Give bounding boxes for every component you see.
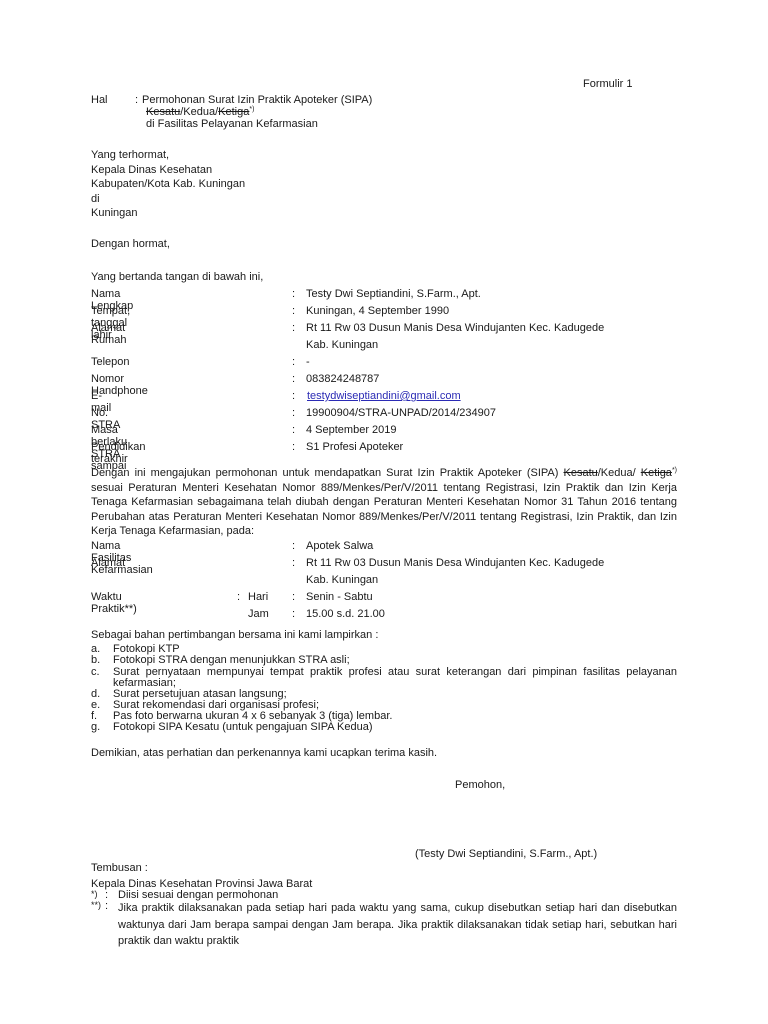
strike-kesatu: Kesatu bbox=[146, 106, 180, 118]
recipient-line: Kepala Dinas Kesehatan bbox=[91, 164, 212, 176]
footnote-colon: : bbox=[105, 900, 108, 912]
request-paragraph: Dengan ini mengajukan permohonan untuk m… bbox=[91, 464, 677, 539]
colon: : bbox=[292, 373, 295, 385]
recipient-line: Kuningan bbox=[91, 207, 138, 219]
field-value: Rt 11 Rw 03 Dusun Manis Desa Windujanten… bbox=[306, 322, 604, 334]
field-label: Pendidikan terakhir bbox=[91, 441, 145, 465]
list-text: Fotokopi SIPA Kesatu (untuk pengajuan SI… bbox=[113, 722, 677, 733]
field-value: 4 September 2019 bbox=[306, 424, 397, 436]
paragraph-text: sesuai Peraturan Menteri Kesehatan Nomor… bbox=[91, 482, 677, 538]
field-label: Telepon bbox=[91, 356, 130, 368]
footnote-text: Jika praktik dilaksanakan pada setiap ha… bbox=[118, 900, 677, 950]
colon: : bbox=[292, 407, 295, 419]
field-value: S1 Profesi Apoteker bbox=[306, 441, 403, 453]
field-value: Apotek Salwa bbox=[306, 540, 373, 552]
field-label: Alamat Rumah bbox=[91, 322, 126, 346]
subject-colon: : bbox=[135, 94, 138, 106]
colon: : bbox=[292, 322, 295, 334]
closing-text: Demikian, atas perhatian dan perkenannya… bbox=[91, 747, 437, 759]
signature-label: Pemohon, bbox=[455, 779, 505, 791]
hour-value: 15.00 s.d. 21.00 bbox=[306, 608, 385, 620]
kedua-text: /Kedua/ bbox=[180, 106, 218, 118]
field-value: Kuningan, 4 September 1990 bbox=[306, 305, 449, 317]
signature-name: (Testy Dwi Septiandini, S.Farm., Apt.) bbox=[415, 848, 597, 860]
colon: : bbox=[237, 591, 240, 603]
colon: : bbox=[292, 390, 295, 402]
subject-line-1: Permohonan Surat Izin Praktik Apoteker (… bbox=[142, 94, 372, 106]
colon: : bbox=[292, 424, 295, 436]
strike-ketiga: Ketiga bbox=[218, 106, 249, 118]
paragraph-text: Dengan ini mengajukan permohonan untuk m… bbox=[91, 467, 564, 479]
colon: : bbox=[292, 591, 295, 603]
footnote-mark: *) bbox=[91, 889, 98, 899]
recipient-line: Kabupaten/Kota Kab. Kuningan bbox=[91, 178, 245, 190]
field-label: Alamat bbox=[91, 557, 125, 569]
day-value: Senin - Sabtu bbox=[306, 591, 373, 603]
subject-label: Hal bbox=[91, 94, 108, 106]
hour-label: Jam bbox=[248, 608, 269, 620]
strike-kesatu: Kesatu bbox=[564, 467, 598, 479]
field-value: Kab. Kuningan bbox=[306, 574, 378, 586]
field-value: Kab. Kuningan bbox=[306, 339, 378, 351]
subject-line-3: di Fasilitas Pelayanan Kefarmasian bbox=[146, 118, 318, 130]
colon: : bbox=[292, 288, 295, 300]
list-text: Fotokopi STRA dengan menunjukkan STRA as… bbox=[113, 655, 677, 666]
cc-label: Tembusan : bbox=[91, 862, 148, 874]
field-value: Rt 11 Rw 03 Dusun Manis Desa Windujanten… bbox=[306, 557, 604, 569]
colon: : bbox=[292, 356, 295, 368]
subject-line-2: Kesatu/Kedua/Ketiga*) bbox=[146, 106, 254, 118]
field-value: Testy Dwi Septiandini, S.Farm., Apt. bbox=[306, 288, 481, 300]
form-number: Formulir 1 bbox=[583, 78, 633, 90]
kedua-text: /Kedua/ bbox=[598, 467, 641, 479]
list-letter: c. bbox=[91, 667, 100, 678]
attachments-intro: Sebagai bahan pertimbangan bersama ini k… bbox=[91, 629, 378, 641]
field-value: 083824248787 bbox=[306, 373, 379, 385]
colon: : bbox=[292, 540, 295, 552]
footnote-mark: **) bbox=[91, 900, 101, 910]
footnote-mark: *) bbox=[249, 106, 254, 113]
greeting: Dengan hormat, bbox=[91, 238, 170, 250]
field-label: Waktu Praktik**) bbox=[91, 591, 137, 615]
intro-text: Yang bertanda tangan di bawah ini, bbox=[91, 271, 263, 283]
recipient-line: Yang terhormat, bbox=[91, 149, 169, 161]
colon: : bbox=[292, 608, 295, 620]
list-letter: g. bbox=[91, 722, 100, 733]
colon: : bbox=[292, 441, 295, 453]
list-text: Surat pernyataan mempunyai tempat prakti… bbox=[113, 667, 677, 690]
footnote-mark: *) bbox=[672, 467, 677, 474]
field-value: - bbox=[306, 356, 310, 368]
email-link[interactable]: testydwiseptiandini@gmail.com bbox=[307, 390, 461, 402]
list-letter: b. bbox=[91, 655, 100, 666]
field-value: 19900904/STRA-UNPAD/2014/234907 bbox=[306, 407, 496, 419]
day-label: Hari bbox=[248, 591, 268, 603]
colon: : bbox=[292, 305, 295, 317]
recipient-line: di bbox=[91, 193, 100, 205]
strike-ketiga: Ketiga bbox=[641, 467, 672, 479]
colon: : bbox=[292, 557, 295, 569]
